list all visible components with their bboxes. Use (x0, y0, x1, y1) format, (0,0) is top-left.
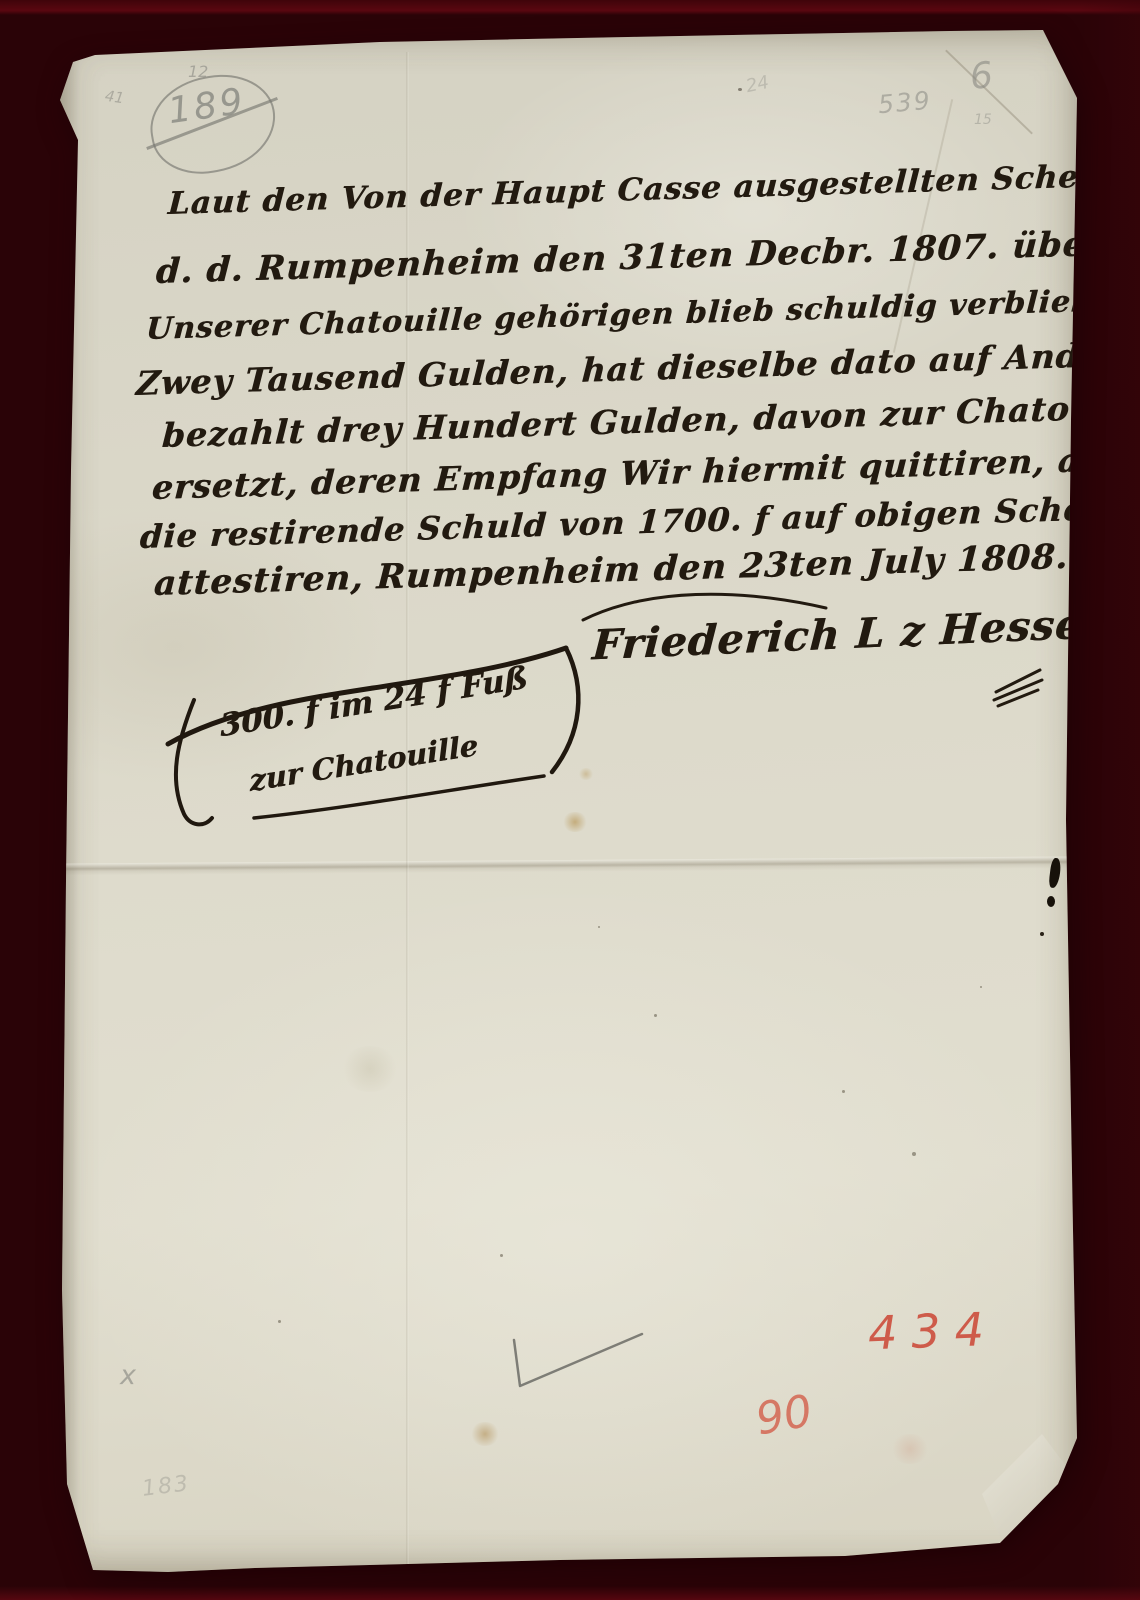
photograph-of-manuscript: 12 189 41 24 539 6 15 Laut den Von der H… (0, 0, 1140, 1600)
photo-top-shadow (0, 0, 1140, 15)
manuscript-paper-wrap: 12 189 41 24 539 6 15 Laut den Von der H… (50, 26, 1084, 1578)
fox-stain (470, 1422, 500, 1446)
photo-bottom-shadow (0, 1586, 1140, 1600)
speck (738, 88, 742, 91)
horizontal-fold-crease (50, 856, 1084, 875)
pencil-mark-24: 24 (744, 72, 771, 97)
folded-corner-flap (982, 1434, 1082, 1549)
red-number-434: 434 (867, 1302, 999, 1360)
fox-stain (890, 1434, 930, 1464)
fox-stain (340, 1046, 400, 1092)
speck (842, 1090, 845, 1093)
photo-right-shadow (1080, 0, 1140, 1600)
pencil-check-icon (500, 1324, 650, 1424)
speck (598, 926, 600, 928)
manuscript-paper: 12 189 41 24 539 6 15 Laut den Von der H… (50, 26, 1084, 1578)
pencil-number-6: 6 (968, 55, 995, 98)
pencil-number-183: 183 (141, 1471, 192, 1502)
pencil-x-mark: x (120, 1360, 136, 1391)
paper-edge-shadow (50, 26, 80, 1578)
manuscript-line: d. d. Rumpenheim den 31ten Decbr. 1807. … (155, 222, 1140, 292)
pencil-mark-41: 41 (104, 87, 125, 107)
ink-blot-icon (1040, 932, 1044, 936)
pencil-number-15: 15 (974, 112, 992, 128)
manuscript-line: Unserer Chatouille gehörigen blieb schul… (145, 281, 1140, 347)
red-number-90: 90 (752, 1386, 816, 1446)
speck (278, 1320, 281, 1323)
speck (654, 1014, 657, 1017)
signature-hatch-icon (988, 658, 1048, 708)
speck (980, 986, 982, 988)
ink-blot-icon (1047, 896, 1055, 907)
pencil-number-539: 539 (877, 86, 933, 120)
manuscript-line: Laut den Von der Haupt Casse ausgestellt… (167, 158, 1116, 222)
speck (500, 1254, 503, 1257)
speck (912, 1152, 916, 1156)
